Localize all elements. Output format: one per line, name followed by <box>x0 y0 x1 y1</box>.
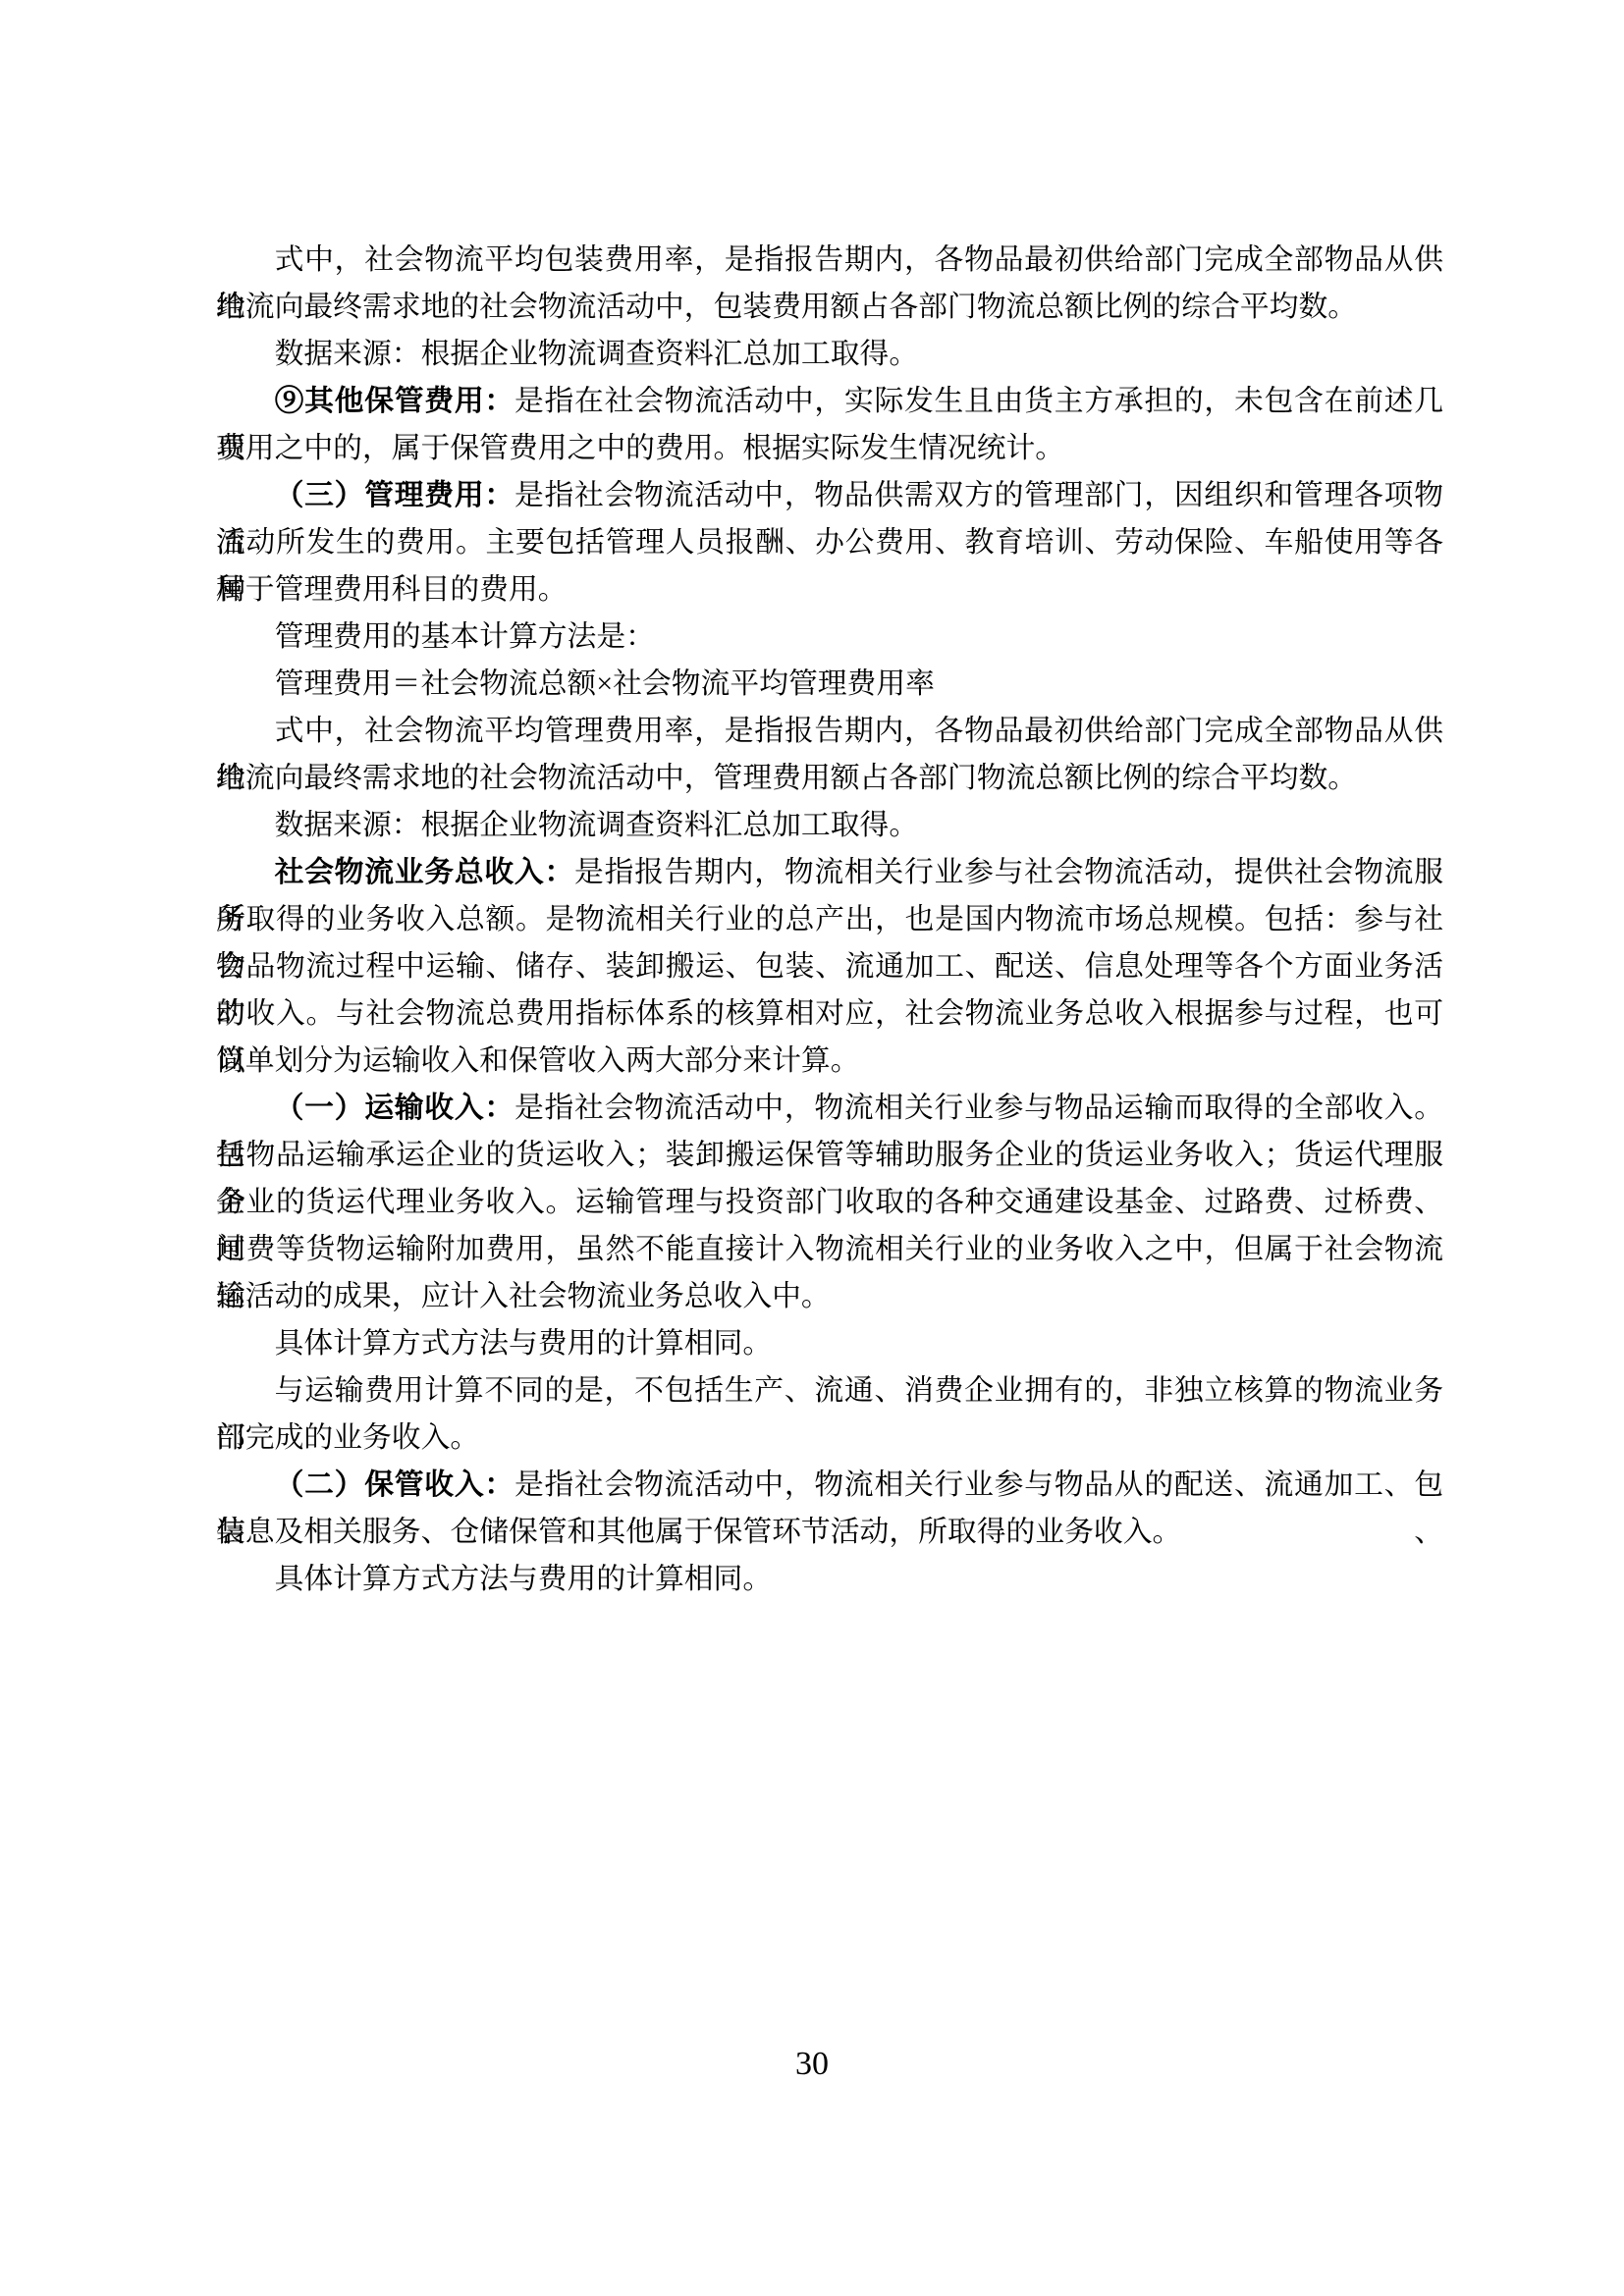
body-text: 式中，社会物流平均包装费用率，是指报告期内，各物品最初供给部门完成全部物品从供给… <box>216 237 1443 1603</box>
text-line: 所取得的业务收入总额。是物流相关行业的总产出，也是国内物流市场总规模。包括：参与… <box>216 896 1443 943</box>
bold-lead-in: ⑨其他保管费用： <box>275 385 514 417</box>
document-page: 式中，社会物流平均包装费用率，是指报告期内，各物品最初供给部门完成全部物品从供给… <box>0 0 1624 2296</box>
text-line: （二）保管收入：是指社会物流活动中，物流相关行业参与物品从的配送、流通加工、包装… <box>216 1462 1443 1509</box>
text-line: 具体计算方式方法与费用的计算相同。 <box>216 1556 1443 1603</box>
text-line: 地流向最终需求地的社会物流活动中，管理费用额占各部门物流总额比例的综合平均数。 <box>216 755 1443 802</box>
text-line: 社会物流业务总收入：是指报告期内，物流相关行业参与社会物流活动，提供社会物流服务 <box>216 849 1443 896</box>
text-line: 输活动的成果，应计入社会物流业务总收入中。 <box>216 1273 1443 1320</box>
text-line: 门完成的业务收入。 <box>216 1415 1443 1462</box>
text-line: 费用之中的，属于保管费用之中的费用。根据实际发生情况统计。 <box>216 425 1443 472</box>
text-line: （三）管理费用：是指社会物流活动中，物品供需双方的管理部门，因组织和管理各项物流 <box>216 472 1443 519</box>
text-line: 管理费用的基本计算方法是： <box>216 614 1443 661</box>
text-line: 简单划分为运输收入和保管收入两大部分来计算。 <box>216 1038 1443 1085</box>
text-line: （一）运输收入：是指社会物流活动中，物流相关行业参与物品运输而取得的全部收入。包 <box>216 1085 1443 1132</box>
text-line: 式中，社会物流平均管理费用率，是指报告期内，各物品最初供给部门完成全部物品从供给 <box>216 708 1443 755</box>
text-line: 数据来源：根据企业物流调查资料汇总加工取得。 <box>216 802 1443 849</box>
text-line: 地流向最终需求地的社会物流活动中，包装费用额占各部门物流总额比例的综合平均数。 <box>216 284 1443 331</box>
bold-lead-in: （三）管理费用： <box>275 479 514 511</box>
text-line: 的收入。与社会物流总费用指标体系的核算相对应，社会物流业务总收入根据参与过程，也… <box>216 990 1443 1038</box>
text-line: 活动所发生的费用。主要包括管理人员报酬、办公费用、教育培训、劳动保险、车船使用等… <box>216 519 1443 566</box>
bold-lead-in: 社会物流业务总收入： <box>275 856 574 888</box>
text-line: 属于管理费用科目的费用。 <box>216 566 1443 614</box>
text-line: 企业的货运代理业务收入。运输管理与投资部门收取的各种交通建设基金、过路费、过桥费… <box>216 1179 1443 1226</box>
bold-lead-in: （一）运输收入： <box>275 1092 514 1124</box>
text-line: 括物品运输承运企业的货运收入；装卸搬运保管等辅助服务企业的货运业务收入；货运代理… <box>216 1132 1443 1179</box>
text-line: 具体计算方式方法与费用的计算相同。 <box>216 1320 1443 1367</box>
text-line: 与运输费用计算不同的是，不包括生产、流通、消费企业拥有的，非独立核算的物流业务部 <box>216 1367 1443 1415</box>
text-line: 式中，社会物流平均包装费用率，是指报告期内，各物品最初供给部门完成全部物品从供给 <box>216 237 1443 284</box>
text-line: ⑨其他保管费用：是指在社会物流活动中，实际发生且由货主方承担的，未包含在前述几项 <box>216 378 1443 425</box>
text-line: 数据来源：根据企业物流调查资料汇总加工取得。 <box>216 331 1443 378</box>
page-number: 30 <box>0 2048 1624 2081</box>
bold-lead-in: （二）保管收入： <box>275 1468 514 1501</box>
text-line: 管理费用＝社会物流总额×社会物流平均管理费用率 <box>216 661 1443 708</box>
text-line: 物品物流过程中运输、储存、装卸搬运、包装、流通加工、配送、信息处理等各个方面业务… <box>216 943 1443 990</box>
text-line: 闸费等货物运输附加费用，虽然不能直接计入物流相关行业的业务收入之中，但属于社会物… <box>216 1226 1443 1273</box>
